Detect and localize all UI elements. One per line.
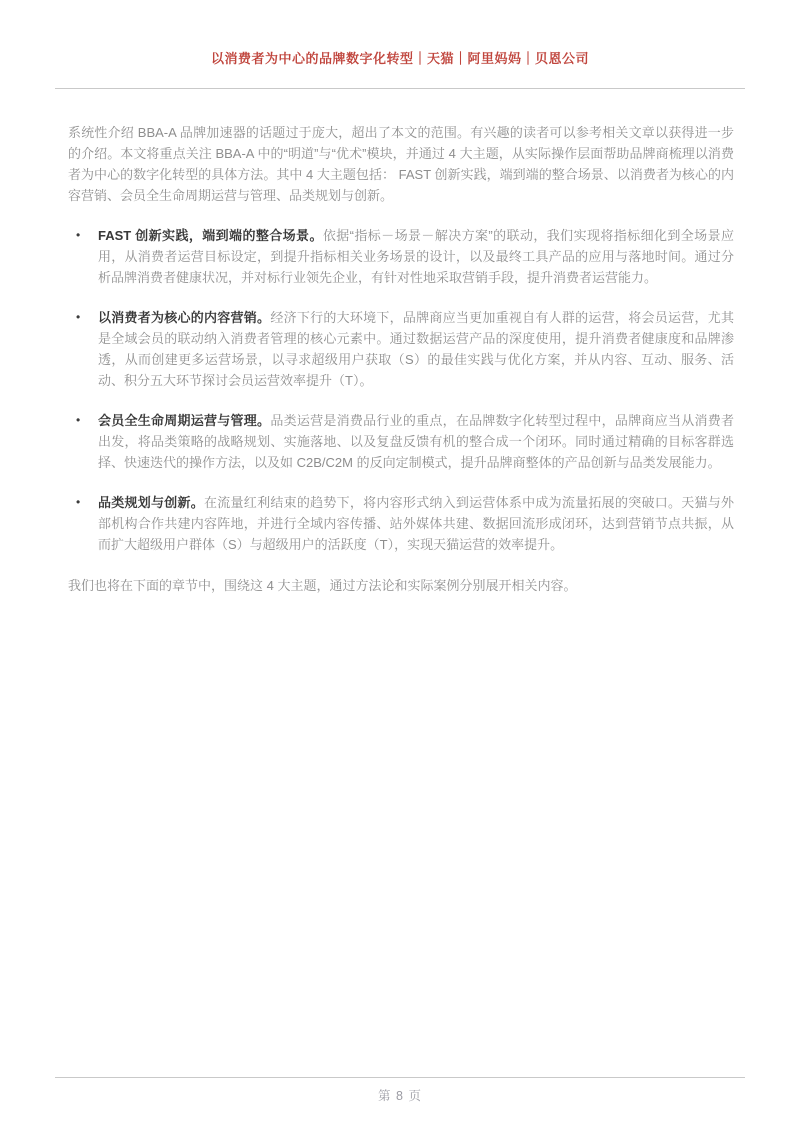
bullet-marker: •	[76, 307, 80, 328]
bullet-item: • 会员全生命周期运营与管理。品类运营是消费品行业的重点，在品牌数字化转型过程中…	[68, 410, 734, 473]
theme-bullet-list: • FAST 创新实践，端到端的整合场景。依据“指标－场景－解决方案”的联动，我…	[68, 225, 734, 555]
bullet-lead: 以消费者为核心的内容营销。	[98, 310, 270, 325]
bullet-marker: •	[76, 410, 80, 431]
footer-divider	[55, 1077, 745, 1078]
bullet-marker: •	[76, 225, 80, 246]
page-header: 以消费者为中心的品牌数字化转型｜天猫｜阿里妈妈｜贝恩公司	[0, 0, 800, 68]
bullet-lead: 会员全生命周期运营与管理。	[98, 413, 270, 428]
bullet-item: • FAST 创新实践，端到端的整合场景。依据“指标－场景－解决方案”的联动，我…	[68, 225, 734, 288]
page-header-title: 以消费者为中心的品牌数字化转型｜天猫｜阿里妈妈｜贝恩公司	[211, 51, 589, 66]
document-page: 以消费者为中心的品牌数字化转型｜天猫｜阿里妈妈｜贝恩公司 系统性介绍 BBA-A…	[0, 0, 800, 1139]
bullet-item: • 品类规划与创新。在流量红利结束的趋势下，将内容形式纳入到运营体系中成为流量拓…	[68, 492, 734, 555]
bullet-marker: •	[76, 492, 80, 513]
closing-paragraph: 我们也将在下面的章节中，围绕这 4 大主题，通过方法论和实际案例分别展开相关内容…	[68, 575, 734, 596]
bullet-lead: 品类规划与创新。	[98, 495, 204, 510]
bullet-lead: FAST 创新实践，端到端的整合场景。	[98, 228, 323, 243]
bullet-item: • 以消费者为核心的内容营销。经济下行的大环境下，品牌商应当更加重视自有人群的运…	[68, 307, 734, 391]
page-content: 系统性介绍 BBA-A 品牌加速器的话题过于庞大，超出了本文的范围。有兴趣的读者…	[68, 122, 734, 596]
header-divider	[55, 88, 745, 89]
intro-paragraph: 系统性介绍 BBA-A 品牌加速器的话题过于庞大，超出了本文的范围。有兴趣的读者…	[68, 122, 734, 206]
page-number: 第 8 页	[0, 1086, 800, 1104]
